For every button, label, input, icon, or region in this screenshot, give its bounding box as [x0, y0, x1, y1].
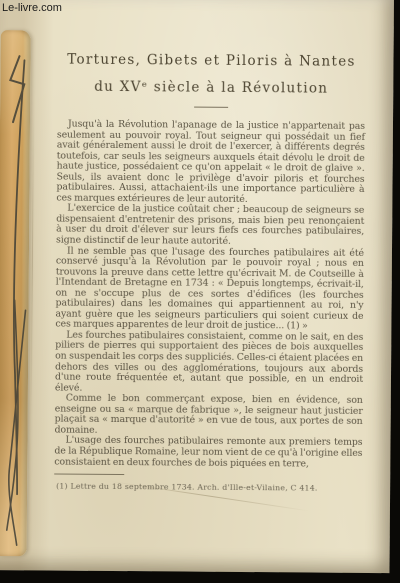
- page-title: Tortures, Gibets et Piloris à Nantesdu X…: [57, 47, 365, 103]
- pen-marks-icon: [0, 0, 44, 570]
- book-page: Tortures, Gibets et Piloris à Nantesdu X…: [0, 0, 394, 573]
- body-paragraph: Comme le bon commerçant expose, bien en …: [55, 394, 363, 439]
- printed-content: Tortures, Gibets et Piloris à Nantesdu X…: [54, 47, 365, 493]
- footnote: (1) Lettre du 18 septembre 1734. Arch. d…: [56, 482, 362, 493]
- body-paragraph: Il ne semble pas que l'usage des fourche…: [55, 246, 364, 333]
- body-text: Jusqu'à la Révolution l'apanage de la ju…: [54, 119, 365, 469]
- body-paragraph: L'usage des fourches patibulaires remont…: [54, 436, 362, 470]
- watermark: Le-livre.com: [2, 1, 62, 15]
- page-title-line1: Tortures, Gibets et Piloris à Nantes: [67, 52, 356, 70]
- page-title-line2: du XVᵉ siècle à la Révolution: [94, 79, 328, 97]
- body-paragraph: L'exercice de la justice coûtait cher ; …: [56, 204, 364, 249]
- photo-background: Tortures, Gibets et Piloris à Nantesdu X…: [0, 0, 400, 583]
- body-paragraph: Les fourches patibulaires consistaient, …: [55, 330, 363, 396]
- body-paragraph: Jusqu'à la Révolution l'apanage de la ju…: [56, 119, 365, 206]
- footnote-divider: [54, 474, 124, 476]
- title-divider: [194, 107, 228, 108]
